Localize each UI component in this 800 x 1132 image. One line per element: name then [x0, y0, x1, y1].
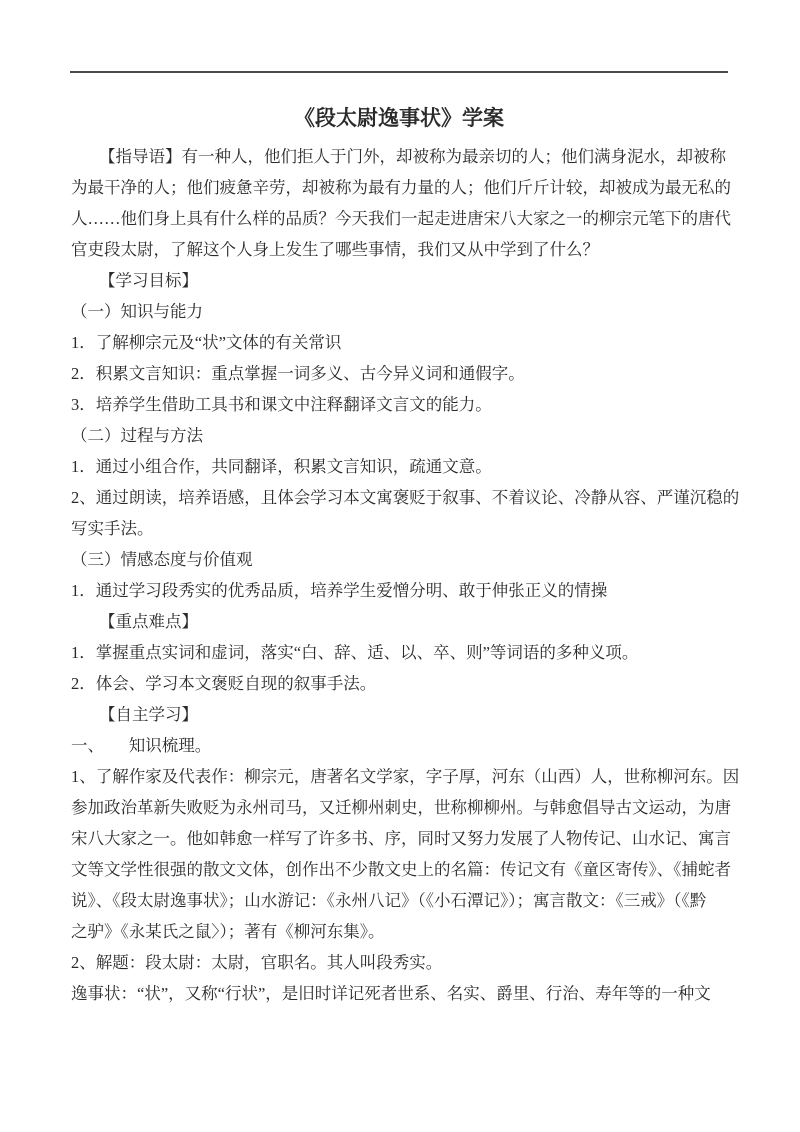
- text-line: 【指导语】有一种人，他们拒人于门外，却被称为最亲切的人；他们满身泥水，却被称: [71, 141, 741, 172]
- text-line: 2、通过朗读，培养语感，且体会学习本文寓褒贬于叙事、不着议论、冷静从容、严谨沉稳…: [71, 482, 741, 513]
- text-line: 说》、《段太尉逸事状》；山水游记：《永州八记》（《小石潭记》）；寓言散文：《三戒…: [71, 885, 741, 916]
- text-line: 之驴》《永某氏之鼠〉）；著有《柳河东集》。: [71, 916, 741, 947]
- text-line: 【学习目标】: [71, 265, 741, 296]
- text-line: 2．积累文言知识：重点掌握一词多义、古今异义词和通假字。: [71, 358, 741, 389]
- text-line: 1、了解作家及代表作：柳宗元，唐著名文学家，字子厚，河东（山西）人，世称柳河东。…: [71, 761, 741, 792]
- text-line: 官吏段太尉，了解这个人身上发生了哪些事情，我们又从中学到了什么？: [71, 234, 741, 265]
- text-line: 【重点难点】: [71, 606, 741, 637]
- text-line: （三）情感态度与价值观: [71, 544, 741, 575]
- text-line: 【自主学习】: [71, 699, 741, 730]
- text-line: 2．体会、学习本文褒贬自现的叙事手法。: [71, 668, 741, 699]
- text-line: 3．培养学生借助工具书和课文中注释翻译文言文的能力。: [71, 389, 741, 420]
- text-line: 1．了解柳宗元及“状”文体的有关常识: [71, 327, 741, 358]
- text-line: 文等文学性很强的散文文体，创作出不少散文史上的名篇：传记文有《童区寄传》、《捕蛇…: [71, 854, 741, 885]
- text-line: 参加政治革新失败贬为永州司马，又迁柳州刺史，世称柳柳州。与韩愈倡导古文运动，为唐: [71, 792, 741, 823]
- document-page: 《段太尉逸事状》学案 【指导语】有一种人，他们拒人于门外，却被称为最亲切的人；他…: [0, 0, 800, 1132]
- text-line: 1．掌握重点实词和虚词，落实“白、辞、适、以、卒、则”等词语的多种义项。: [71, 637, 741, 668]
- text-line: 宋八大家之一。他如韩愈一样写了许多书、序，同时又努力发展了人物传记、山水记、寓言: [71, 823, 741, 854]
- text-line: （一）知识与能力: [71, 296, 741, 327]
- text-line: 1．通过小组合作，共同翻译，积累文言知识，疏通文意。: [71, 451, 741, 482]
- page-title: 《段太尉逸事状》学案: [70, 103, 728, 133]
- text-line: 写实手法。: [71, 513, 741, 544]
- text-line: 为最干净的人；他们疲惫辛劳，却被称为最有力量的人；他们斤斤计较，却被成为最无私的: [71, 172, 741, 203]
- text-line: （二）过程与方法: [71, 420, 741, 451]
- document-body: 【指导语】有一种人，他们拒人于门外，却被称为最亲切的人；他们满身泥水，却被称 为…: [71, 141, 741, 1009]
- text-line: 人……他们身上具有什么样的品质？今天我们一起走进唐宋八大家之一的柳宗元笔下的唐代: [71, 203, 741, 234]
- text-line: 一、 知识梳理。: [71, 730, 741, 761]
- text-line: 1．通过学习段秀实的优秀品质，培养学生爱憎分明、敢于伸张正义的情操: [71, 575, 741, 606]
- text-line: 2、解题：段太尉：太尉，官职名。其人叫段秀实。: [71, 947, 741, 978]
- header-rule-divider: [70, 71, 728, 73]
- text-line: 逸事状：“状”，又称“行状”，是旧时详记死者世系、名实、爵里、行治、寿年等的一种…: [71, 978, 741, 1009]
